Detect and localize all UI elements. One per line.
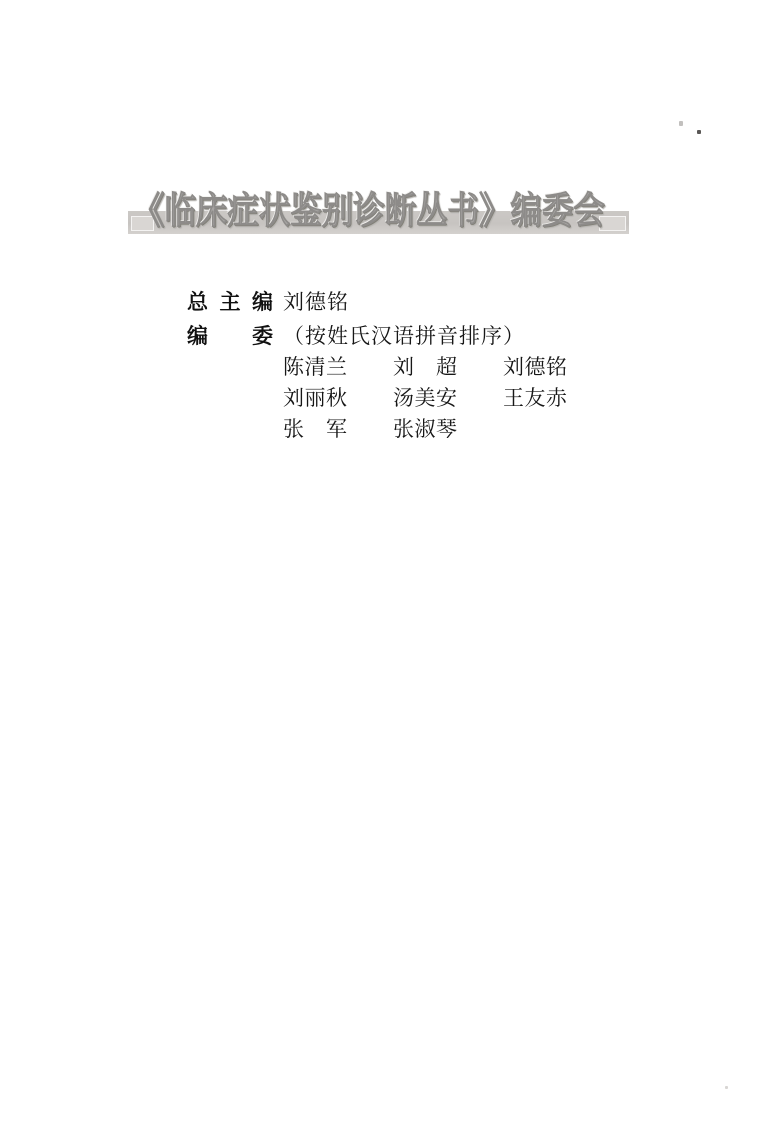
member-name: 刘德铭	[503, 355, 567, 386]
committee-members-grid: 陈清兰 刘超 刘德铭 刘丽秋 汤美安 王友赤 张军 张淑琴	[283, 355, 567, 448]
scanned-book-page: 《临床症状鉴别诊断丛书》编委会 总主编 刘德铭 编委 （按姓氏汉语拼音排序） 陈…	[0, 0, 758, 1122]
member-name	[503, 417, 567, 448]
committee-note: （按姓氏汉语拼音排序）	[283, 324, 525, 349]
members-row: 刘丽秋 汤美安 王友赤	[283, 386, 567, 417]
series-title: 《临床症状鉴别诊断丛书》编委会	[133, 191, 605, 231]
member-name: 王友赤	[503, 386, 567, 417]
member-name: 汤美安	[393, 386, 457, 417]
committee-row: 编委 （按姓氏汉语拼音排序）	[187, 324, 525, 349]
member-name: 刘超	[393, 355, 457, 386]
title-banner: 《临床症状鉴别诊断丛书》编委会	[0, 185, 758, 245]
chief-editor-name: 刘德铭	[283, 290, 349, 315]
member-name: 刘丽秋	[283, 386, 347, 417]
member-name: 张军	[283, 417, 347, 448]
member-name: 张淑琴	[393, 417, 457, 448]
member-name: 陈清兰	[283, 355, 347, 386]
chief-editor-row: 总主编 刘德铭	[187, 290, 349, 315]
scan-speck	[725, 1086, 728, 1089]
scan-speck	[679, 121, 683, 126]
chief-editor-label: 总主编	[187, 290, 273, 315]
scan-speck	[697, 130, 701, 134]
committee-label: 编委	[187, 324, 273, 349]
members-row: 张军 张淑琴	[283, 417, 567, 448]
members-row: 陈清兰 刘超 刘德铭	[283, 355, 567, 386]
